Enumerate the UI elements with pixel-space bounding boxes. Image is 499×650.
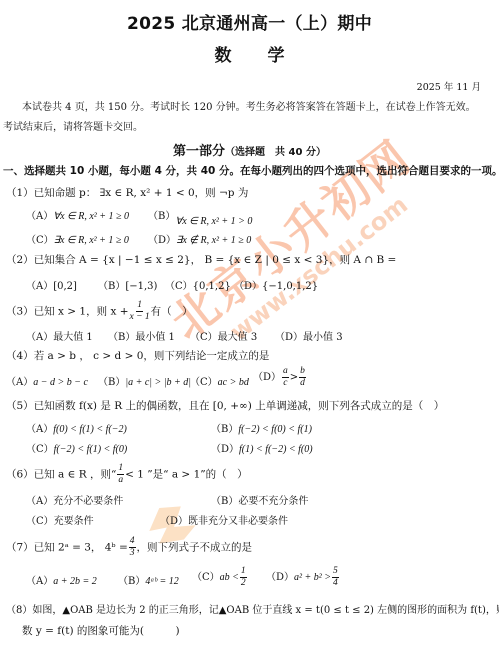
- section-instruction: 一、选择题共 10 小题，每小题 4 分，共 40 分。在每小题列出的四个选项中…: [3, 163, 499, 178]
- option-label: （D）: [266, 572, 294, 583]
- fraction-denominator: 3: [130, 548, 135, 559]
- fraction-denominator: 2: [241, 578, 246, 589]
- question-stem: 已知函数 f(x) 是 R 上的偶函数，且在 [0, +∞) 上单调递减，则下列…: [34, 400, 445, 412]
- option-3c: （C）最大值 3: [190, 328, 257, 343]
- question-stem: 若 a > b ， c > d > 0，则下列结论一定成立的是: [34, 350, 270, 362]
- operator: >: [290, 372, 298, 383]
- option-6c: （C）充要条件: [26, 512, 94, 527]
- question-stem: 已知集合 A = {x | −1 ≤ x ≤ 2}， B = {x ∈ Z | …: [34, 254, 397, 266]
- question-7: （7）已知 2ᵃ = 3， 4ᵇ =43，则下列式子不成立的是: [6, 536, 252, 559]
- option-label: （D）: [253, 372, 281, 383]
- option-3a: （A）最大值 1: [26, 328, 93, 343]
- option-4b: （B）|a + c| > |b + d|: [98, 373, 191, 388]
- option-label: （C）: [26, 516, 54, 527]
- question-number: （1）: [6, 187, 34, 199]
- part-subtitle: （选择题 共 40 分）: [225, 147, 326, 158]
- question-stem: 已知 a ∈ R ，则“: [34, 469, 117, 481]
- option-5a: （A）f(0) < f(1) < f(−2): [26, 420, 127, 435]
- fraction-numerator: 4: [129, 536, 136, 548]
- fraction-numerator: 1: [240, 566, 247, 578]
- option-7b: （B）4ᵃᵇ = 12: [118, 572, 179, 587]
- intro-line-1: 本试卷共 4 页，共 150 分。考试时长 120 分钟。考生务必将答案答在答题…: [22, 98, 476, 113]
- fraction-numerator: 1: [136, 300, 143, 312]
- fraction: 12: [240, 566, 247, 589]
- option-label: （D）: [234, 281, 262, 292]
- option-2a: （A）[0,2]: [26, 277, 77, 292]
- option-text: a − d > b − c: [33, 377, 88, 388]
- option-label: （D）: [211, 444, 239, 455]
- question-number: （8）: [6, 605, 32, 616]
- option-7d: （D）a² + b² >54: [266, 566, 340, 589]
- fraction-denominator: 4: [333, 578, 338, 589]
- option-6a: （A）充分不必要条件: [26, 492, 123, 507]
- question-6: （6）已知 a ∈ R ，则“1a< 1 ”是“ a > 1”的（ ）: [6, 463, 248, 486]
- option-text: 最小值 3: [303, 332, 343, 343]
- fraction-numerator: 5: [332, 566, 339, 578]
- question-number: （7）: [6, 542, 34, 554]
- intro-line-2: 考试结束后，请将答题卡交回。: [3, 118, 143, 133]
- option-1d: （D）∃x ∉ R, x² + 1 ≥ 0: [148, 231, 251, 246]
- fraction: 1x − 1: [130, 300, 150, 323]
- option-4d: （D）ac>bd: [253, 366, 307, 389]
- option-label: （D）: [148, 235, 176, 246]
- option-text: 最大值 1: [53, 332, 93, 343]
- option-5c: （C）f(−2) < f(1) < f(0): [26, 440, 127, 455]
- option-7a: （A）a + 2b = 2: [26, 572, 97, 587]
- option-2c: （C）{0,1,2}: [165, 277, 231, 292]
- option-label: （C）: [26, 235, 54, 246]
- question-number: （4）: [6, 350, 34, 362]
- option-text: f(0) < f(1) < f(−2): [53, 424, 127, 435]
- exam-title: 2025 北京通州高一（上）期中: [0, 9, 499, 34]
- fraction: 1a: [117, 463, 124, 486]
- question-2: （2）已知集合 A = {x | −1 ≤ x ≤ 2}， B = {x ∈ Z…: [6, 252, 396, 267]
- option-label: （B）: [118, 576, 145, 587]
- option-6d: （D）既非充分又非必要条件: [160, 512, 288, 527]
- question-8: （8）如图，▲OAB 是边长为 2 的正三角形，记▲OAB 位于直线 x = t…: [6, 601, 499, 616]
- question-stem-end: 有（ ）: [151, 306, 193, 318]
- option-text: 充分不必要条件: [53, 496, 123, 507]
- option-2b: （B）[−1,3): [98, 277, 157, 292]
- question-number: （6）: [6, 469, 34, 481]
- question-stem: 如图，▲OAB 是边长为 2 的正三角形，记▲OAB 位于直线 x = t(0 …: [32, 605, 499, 616]
- exam-page: 北京小升初网 www.xschu.com 2025 北京通州高一（上）期中 数 …: [0, 0, 499, 650]
- fraction-denominator: c: [283, 378, 287, 389]
- option-text: ∀x ∈ R, x² + 1 > 0: [175, 216, 252, 227]
- question-stem-end: ，则下列式子不成立的是: [137, 542, 253, 554]
- option-label: （C）: [26, 444, 54, 455]
- question-stem: 已知命题 p： ∃x ∈ R, x² + 1 < 0，则 ¬p 为: [34, 187, 249, 199]
- option-5b: （B）f(−2) < f(0) < f(1): [211, 420, 312, 435]
- option-label: （B）: [148, 211, 175, 222]
- fraction-denominator: d: [300, 378, 305, 389]
- option-text: 4ᵃᵇ = 12: [145, 576, 178, 587]
- fraction-denominator: a: [118, 475, 123, 486]
- option-text: 既非充分又非必要条件: [188, 516, 288, 527]
- option-4c: （C）ac > bd: [190, 373, 249, 388]
- option-text: ∃x ∈ R, x² + 1 ≥ 0: [54, 235, 129, 246]
- option-text: 最小值 1: [135, 332, 175, 343]
- question-3: （3）已知 x > 1，则 x +1x − 1有（ ）: [6, 300, 193, 323]
- option-5d: （D）f(1) < f(−2) < f(0): [211, 440, 313, 455]
- option-text: ∃x ∉ R, x² + 1 ≥ 0: [176, 235, 251, 246]
- option-text: {0,1,2}: [193, 281, 231, 292]
- option-6b: （B）必要不充分条件: [211, 492, 308, 507]
- question-number: （5）: [6, 400, 34, 412]
- question-stem: 已知 x > 1，则 x +: [34, 306, 129, 318]
- option-1c: （C）∃x ∈ R, x² + 1 ≥ 0: [26, 231, 129, 246]
- option-3b: （B）最小值 1: [108, 328, 175, 343]
- option-text: f(1) < f(−2) < f(0): [239, 444, 313, 455]
- exam-subject: 数 学: [0, 41, 499, 66]
- option-text: a + 2b = 2: [53, 576, 97, 587]
- option-text: ac > bd: [218, 377, 249, 388]
- question-number: （3）: [6, 306, 34, 318]
- option-text: a² + b² >: [294, 572, 331, 583]
- option-text: |a + c| > |b + d|: [125, 377, 191, 388]
- fraction-numerator: a: [282, 366, 289, 378]
- option-text: 充要条件: [54, 516, 94, 527]
- option-label: （A）: [26, 211, 53, 222]
- fraction-numerator: 1: [117, 463, 124, 475]
- option-3d: （D）最小值 3: [275, 328, 343, 343]
- fraction: bd: [299, 366, 306, 389]
- option-text: {−1,0,1,2}: [262, 281, 318, 292]
- option-label: （A）: [6, 377, 33, 388]
- option-7c: （C）ab <12: [192, 566, 248, 589]
- option-label: （A）: [26, 424, 53, 435]
- option-text: 最大值 3: [218, 332, 258, 343]
- option-label: （B）: [211, 424, 238, 435]
- option-2d: （D）{−1,0,1,2}: [234, 277, 318, 292]
- option-label: （D）: [160, 516, 188, 527]
- option-text: ∀x ∈ R, x² + 1 ≥ 0: [53, 211, 129, 222]
- option-label: （A）: [26, 281, 53, 292]
- option-label: （A）: [26, 496, 53, 507]
- option-label: （D）: [275, 332, 303, 343]
- option-label: （B）: [98, 377, 125, 388]
- option-label: （B）: [108, 332, 135, 343]
- option-label: （C）: [192, 572, 220, 583]
- option-label: （A）: [26, 576, 53, 587]
- option-text: [−1,3): [125, 281, 157, 292]
- fraction-denominator: x − 1: [130, 312, 150, 323]
- option-text: 必要不充分条件: [238, 496, 308, 507]
- option-text: [0,2]: [53, 281, 77, 292]
- question-5: （5）已知函数 f(x) 是 R 上的偶函数，且在 [0, +∞) 上单调递减，…: [6, 398, 444, 413]
- option-1a: （A）∀x ∈ R, x² + 1 ≥ 0: [26, 207, 129, 222]
- question-number: （2）: [6, 254, 34, 266]
- fraction-numerator: b: [299, 366, 306, 378]
- question-8-line-2: 数 y = f(t) 的图象可能为( ): [22, 623, 180, 638]
- fraction: ac: [282, 366, 289, 389]
- option-text: f(−2) < f(0) < f(1): [238, 424, 312, 435]
- question-stem: 已知 2ᵃ = 3， 4ᵇ =: [34, 542, 128, 554]
- fraction: 54: [332, 566, 339, 589]
- question-4: （4）若 a > b ， c > d > 0，则下列结论一定成立的是: [6, 348, 269, 363]
- part-heading: 第一部分（选择题 共 40 分）: [0, 140, 499, 159]
- option-label: （C）: [190, 377, 218, 388]
- option-label: （B）: [211, 496, 238, 507]
- question-1: （1）已知命题 p： ∃x ∈ R, x² + 1 < 0，则 ¬p 为: [6, 185, 248, 200]
- option-1b: （B）∀x ∈ R, x² + 1 > 0: [148, 207, 252, 222]
- option-text: f(−2) < f(1) < f(0): [54, 444, 128, 455]
- fraction: 43: [129, 536, 136, 559]
- option-label: （B）: [98, 281, 125, 292]
- part-title: 第一部分: [173, 144, 225, 159]
- question-stem-end: < 1 ”是“ a > 1”的（ ）: [125, 469, 248, 481]
- exam-date: 2025 年 11 月: [417, 79, 481, 93]
- option-4a: （A）a − d > b − c: [6, 373, 88, 388]
- option-label: （C）: [190, 332, 218, 343]
- option-label: （C）: [165, 281, 193, 292]
- option-text: ab <: [220, 572, 239, 583]
- option-label: （A）: [26, 332, 53, 343]
